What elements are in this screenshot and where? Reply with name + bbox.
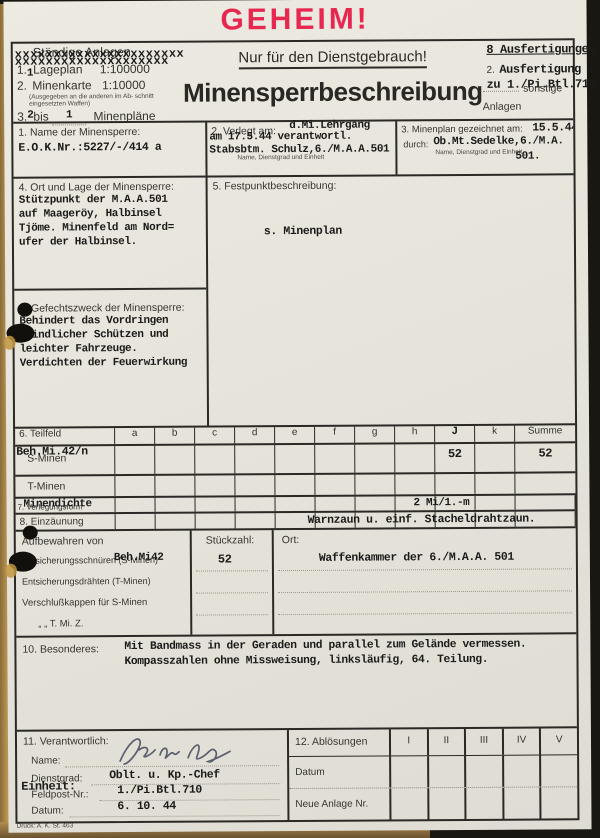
table6-header-k: k bbox=[475, 426, 515, 442]
stueckzahl-value: 52 bbox=[218, 552, 232, 566]
empty-cell bbox=[116, 514, 156, 529]
header-copies-block: 8 Ausfertigungen 2. Ausfertigung zu 1./P… bbox=[482, 40, 599, 119]
feldpost-label: Feldpost-Nr.: bbox=[31, 789, 88, 800]
empty-cell bbox=[466, 756, 504, 787]
empty-cell bbox=[156, 498, 196, 512]
dotted-line bbox=[483, 91, 519, 92]
dienstgrad-value: Oblt. u. Kp.-Chef bbox=[109, 768, 220, 782]
row-fields-4-5: 4. Ort und Lage der Minensperre: Stützpu… bbox=[14, 175, 576, 428]
empty-cell bbox=[315, 475, 355, 495]
abloesungen-label: 12. Ablösungen bbox=[289, 729, 391, 756]
sonstige-anlagen-line: sonstige Anlagen bbox=[483, 78, 596, 115]
stueckzahl-label: Stückzahl: bbox=[206, 534, 255, 546]
punch-hole bbox=[23, 526, 38, 540]
table6-header-summe: Summe bbox=[515, 425, 575, 441]
photographed-document: { "page": { "geheim": "GEHEIM!", "footer… bbox=[0, 0, 600, 838]
field-10-label: 10. Besonderes: bbox=[22, 643, 99, 655]
field-9-typed-overlay: Beh.Mi42 bbox=[114, 552, 164, 564]
form-title: Minensperrbeschreibung bbox=[183, 76, 483, 109]
field-2-typed-2: am 17.5.44 verantwortl. bbox=[209, 131, 352, 144]
empty-cell bbox=[466, 788, 504, 820]
empty-cell bbox=[475, 496, 515, 510]
dotted-rule bbox=[278, 568, 572, 571]
field-9-line-4: „ „ T. Mi. Z. bbox=[38, 618, 190, 630]
empty-cell bbox=[429, 756, 467, 787]
abloesung-col-5: V bbox=[541, 728, 577, 754]
field-3-smallprint: Name, Dienstgrad und Einheit bbox=[435, 149, 522, 157]
abloesung-datum-label: Datum bbox=[289, 756, 391, 788]
empty-cell bbox=[435, 474, 475, 494]
empty-cell bbox=[275, 445, 315, 473]
attachment-note: (Ausgegeben an die anderen im Ab- schnit… bbox=[29, 93, 179, 108]
field-9-line-1: Entsicherungsschnüren (S-Minen) bbox=[22, 555, 190, 566]
document-page: GEHEIM! Ständige Anlagen xxxxxxxxxxxxxxx… bbox=[3, 0, 591, 833]
paper-tear-smear bbox=[4, 336, 16, 350]
name-label: Name: bbox=[31, 755, 61, 766]
empty-cell bbox=[515, 473, 575, 493]
empty-cell bbox=[155, 446, 195, 474]
empty-cell bbox=[429, 788, 467, 820]
table6-header-h: h bbox=[395, 426, 435, 442]
header-title-block: Nur für den Dienstgebrauch! Minensperrbe… bbox=[183, 41, 483, 121]
field-3-durch-label: durch: bbox=[403, 139, 428, 149]
empty-cell bbox=[195, 445, 235, 473]
field-1-name: 1. Name der Minensperre: E.O.K.Nr.:5227/… bbox=[13, 123, 207, 177]
field-2-smallprint: Name, Dienstgrad und Einheit bbox=[237, 154, 324, 162]
empty-cell bbox=[195, 475, 235, 495]
header-attachments: Ständige Anlagen xxxxxxxxxxxxxxxxxxxxxxx… bbox=[13, 43, 183, 122]
field-4-label: 4. Ort und Lage der Minensperre: bbox=[19, 181, 201, 194]
neue-anlage-label: Neue Anlage Nr. bbox=[289, 788, 391, 821]
abloesung-col-3: III bbox=[466, 729, 504, 755]
field-5-label: 5. Festpunktbeschreibung: bbox=[213, 180, 337, 193]
copy-number-line: 2. Ausfertigung bbox=[486, 59, 595, 78]
teilfeld-table: 6. Teilfeld a b c d e f g h J k Summe S-… bbox=[15, 425, 576, 531]
sminen-typed-overlay: Beh.Mi.42/n bbox=[16, 445, 88, 458]
empty-cell bbox=[504, 756, 542, 787]
empty-cell bbox=[116, 498, 156, 512]
field-1-value: E.O.K.Nr.:5227/-/414 a bbox=[18, 141, 200, 155]
empty-cell bbox=[235, 497, 275, 511]
table6-header-teilfeld: 6. Teilfeld bbox=[15, 428, 115, 445]
attachment-item-2: 2. Minenkarte 1:10000 bbox=[17, 78, 179, 93]
sminen-label-cell: S-Minen Beh.Mi.42/n bbox=[15, 446, 115, 475]
empty-cell bbox=[315, 445, 355, 473]
table6-row-sminen: S-Minen Beh.Mi.42/n 52 52 bbox=[15, 443, 575, 476]
field-9-line-2: Entsicherungsdrähten (T-Minen) bbox=[22, 576, 190, 587]
row8-value: Warnzaun u. einf. Stacheldrahtzaun. bbox=[308, 513, 536, 527]
field-4-ort: 4. Ort und Lage der Minensperre: Stützpu… bbox=[14, 178, 207, 291]
field-5-value: s. Minenplan bbox=[264, 225, 342, 238]
table6-header-c: c bbox=[195, 427, 235, 443]
empty-cell bbox=[475, 444, 515, 472]
field-11-verantwortlich: 11. Verantwortlich: Name: Dienstgrad: Ob… bbox=[17, 730, 290, 823]
abloesung-col-4: IV bbox=[504, 729, 542, 755]
empty-cell bbox=[504, 788, 542, 820]
datum-value: 6. 10. 44 bbox=[117, 800, 176, 813]
table6-header-f: f bbox=[315, 427, 355, 443]
field-10-value: Mit Bandmass in der Geraden und parallel… bbox=[124, 638, 526, 670]
row7-value: 2 Mi/1.-m bbox=[414, 497, 470, 509]
ort-label: Ort: bbox=[282, 534, 300, 546]
geheim-stamp: GEHEIM! bbox=[3, 1, 586, 39]
field-3-minenplan: 3. Minenplan gezeichnet am: 15.5.44 durc… bbox=[397, 120, 573, 174]
field-9-title: Aufbewahren von bbox=[22, 535, 190, 548]
abloesungen-datum-row: Datum bbox=[289, 755, 577, 789]
empty-cell bbox=[395, 474, 435, 494]
field-11-label: 11. Verantwortlich: bbox=[23, 735, 109, 748]
dotted-rule bbox=[196, 592, 268, 593]
table6-header-g: g bbox=[355, 426, 395, 442]
dienstgebrauch-note: Nur für den Dienstgebrauch! bbox=[238, 48, 427, 69]
empty-cell bbox=[355, 496, 395, 510]
field-9-ort: Ort: Waffenkammer der 6./M.A.A. 501 bbox=[274, 528, 577, 634]
empty-cell bbox=[196, 513, 236, 528]
empty-cell bbox=[115, 446, 155, 474]
empty-cell bbox=[355, 474, 395, 494]
field-3-label: 3. Minenplan gezeichnet am: bbox=[401, 124, 523, 136]
dotted-rule bbox=[278, 612, 572, 615]
table6-header-a: a bbox=[115, 428, 155, 444]
empty-cell bbox=[235, 475, 275, 495]
row7-label-cell: 7. Verlegungsform Minendichte bbox=[16, 498, 116, 513]
dotted-rule bbox=[196, 614, 268, 615]
field-5a-value: Behindert das Vordringenfeindlicher Schü… bbox=[19, 314, 201, 371]
row7-typed-overlay: Minendichte bbox=[24, 498, 92, 510]
empty-cell bbox=[355, 444, 395, 472]
field-9-aufbewahren: Aufbewahren von Entsicherungsschnüren (S… bbox=[16, 528, 577, 637]
abloesung-col-1: I bbox=[391, 729, 429, 755]
empty-cell bbox=[315, 497, 355, 511]
field-5-festpunkt: 5. Festpunktbeschreibung: s. Minenplan bbox=[208, 175, 576, 425]
field-3-date: 15.5.44 bbox=[532, 121, 573, 134]
table6-header-j: J bbox=[435, 426, 475, 442]
field-9-line-3: Verschlußkappen für S-Minen bbox=[22, 597, 190, 609]
ort-value: Waffenkammer der 6./M.A.A. 501 bbox=[319, 551, 514, 565]
row-fields-1-3: 1. Name der Minensperre: E.O.K.Nr.:5227/… bbox=[13, 120, 573, 178]
field-5a-label: a. Gefechtszweck der Minensperre: bbox=[19, 302, 201, 315]
field-10-besonderes: 10. Besonderes: Mit Bandmass in der Gera… bbox=[16, 634, 577, 731]
field-12-abloesungen: 12. Ablösungen I II III IV V Datum Neue bbox=[289, 728, 578, 821]
datum-label: Datum: bbox=[31, 805, 63, 816]
table6-header-d: d bbox=[235, 427, 275, 443]
empty-cell bbox=[115, 476, 155, 496]
empty-cell bbox=[235, 445, 275, 473]
empty-cell bbox=[155, 476, 195, 496]
empty-cell bbox=[391, 756, 429, 787]
dotted-rule bbox=[69, 815, 279, 817]
form-header: Ständige Anlagen xxxxxxxxxxxxxxxxxxxxxxx… bbox=[13, 40, 573, 123]
empty-cell bbox=[236, 513, 276, 528]
empty-cell bbox=[275, 497, 315, 511]
field-3-person-cont: 501. bbox=[515, 151, 540, 163]
empty-cell bbox=[541, 755, 577, 786]
table6-header-b: b bbox=[155, 428, 195, 444]
table6-header-e: e bbox=[275, 427, 315, 443]
dotted-rule bbox=[196, 570, 268, 571]
typed-strikeout-x: xxxxxxxxxxxxxxxxxxxxxxxxxxxxxxxxxxxxxxxx… bbox=[15, 51, 185, 66]
empty-cell bbox=[475, 474, 515, 494]
print-shop-footer: Druck: A. K. St. 463 bbox=[16, 822, 73, 829]
tminen-label: T-Minen bbox=[15, 476, 115, 497]
left-column-4-5a: 4. Ort und Lage der Minensperre: Stützpu… bbox=[14, 178, 210, 427]
field-9-labels: Aufbewahren von Entsicherungsschnüren (S… bbox=[16, 531, 193, 636]
copies-count: 8 Ausfertigungen bbox=[486, 42, 595, 57]
paper-tear-smear bbox=[5, 564, 17, 578]
punch-hole bbox=[17, 303, 32, 317]
empty-cell bbox=[395, 444, 435, 472]
field-1-label: 1. Name der Minensperre: bbox=[18, 126, 200, 139]
form-outer-box: Ständige Anlagen xxxxxxxxxxxxxxxxxxxxxxx… bbox=[11, 38, 580, 823]
einheit-value: 1./Pi.Btl.710 bbox=[117, 784, 202, 798]
abloesung-col-2: II bbox=[429, 729, 467, 755]
empty-cell bbox=[515, 495, 575, 509]
empty-cell bbox=[195, 497, 235, 511]
signature bbox=[112, 732, 247, 767]
abloesungen-header-row: 12. Ablösungen I II III IV V bbox=[289, 728, 577, 757]
empty-cell bbox=[156, 514, 196, 529]
abloesungen-anlage-row: Neue Anlage Nr. bbox=[289, 787, 577, 821]
field-4-value: Stützpunkt der M.A.A.501auf Maageröy, Ha… bbox=[19, 193, 201, 250]
field-2-verlegt: 2. Verlegt am: d.Mi.Lehrgang am 17.5.44 … bbox=[207, 121, 397, 175]
row-fields-11-12: 11. Verantwortlich: Name: Dienstgrad: Ob… bbox=[17, 728, 578, 822]
field-9-stueckzahl: Stückzahl: 52 bbox=[192, 530, 275, 634]
dotted-rule bbox=[278, 590, 572, 593]
empty-cell bbox=[275, 475, 315, 495]
sminen-value-summe: 52 bbox=[515, 443, 575, 471]
sminen-value-j: 52 bbox=[435, 444, 475, 472]
empty-cell bbox=[391, 788, 429, 820]
field-3-person: Ob.Mt.Sedelke,6./M.A. bbox=[433, 135, 563, 148]
empty-cell bbox=[542, 787, 578, 819]
field-5a-gefechtszweck: a. Gefechtszweck der Minensperre: Behind… bbox=[14, 290, 207, 374]
